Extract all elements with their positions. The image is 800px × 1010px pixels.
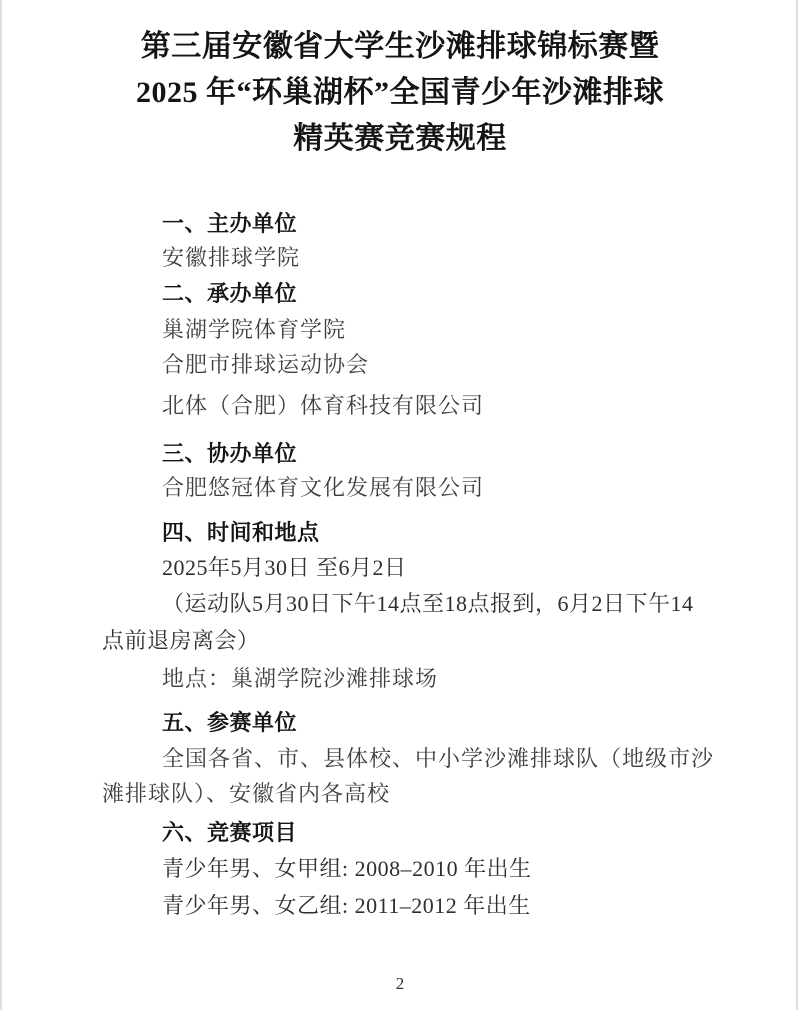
section-heading-1: 一、主办单位 bbox=[162, 213, 297, 235]
section-heading-6: 六、竞赛项目 bbox=[162, 822, 297, 844]
doc-title-line-1: 第三届安徽省大学生沙滩排球锦标赛暨 bbox=[0, 32, 800, 62]
section-heading-4: 四、时间和地点 bbox=[162, 522, 320, 544]
body-line: 青少年男、女乙组: 2011–2012 年出生 bbox=[162, 895, 531, 917]
body-line: 合肥悠冠体育文化发展有限公司 bbox=[162, 477, 484, 499]
body-line: 合肥市排球运动协会 bbox=[162, 354, 369, 376]
page-number: 2 bbox=[0, 975, 800, 992]
body-line: 2025年5月30日 至6月2日 bbox=[162, 557, 407, 579]
section-heading-2: 二、承办单位 bbox=[162, 283, 297, 305]
body-line: 青少年男、女甲组: 2008–2010 年出生 bbox=[162, 858, 532, 880]
body-line: 地点：巢湖学院沙滩排球场 bbox=[162, 668, 438, 690]
body-line: 点前退房离会） bbox=[102, 630, 260, 652]
doc-title-line-2: 2025 年“环巢湖杯”全国青少年沙滩排球 bbox=[0, 78, 800, 108]
body-line: 滩排球队）、安徽省内各高校 bbox=[102, 783, 390, 805]
document-page: 第三届安徽省大学生沙滩排球锦标赛暨 2025 年“环巢湖杯”全国青少年沙滩排球 … bbox=[0, 0, 800, 1010]
section-heading-3: 三、协办单位 bbox=[162, 443, 297, 465]
body-line: 全国各省、市、县体校、中小学沙滩排球队（地级市沙 bbox=[162, 748, 714, 770]
body-line: 巢湖学院体育学院 bbox=[162, 319, 346, 341]
doc-title-line-3: 精英赛竞赛规程 bbox=[0, 124, 800, 154]
section-heading-5: 五、参赛单位 bbox=[162, 712, 297, 734]
body-line: 北体（合肥）体育科技有限公司 bbox=[162, 395, 484, 417]
body-line: 安徽排球学院 bbox=[162, 247, 300, 269]
body-line: （运动队5月30日下午14点至18点报到，6月2日下午14 bbox=[162, 593, 694, 615]
